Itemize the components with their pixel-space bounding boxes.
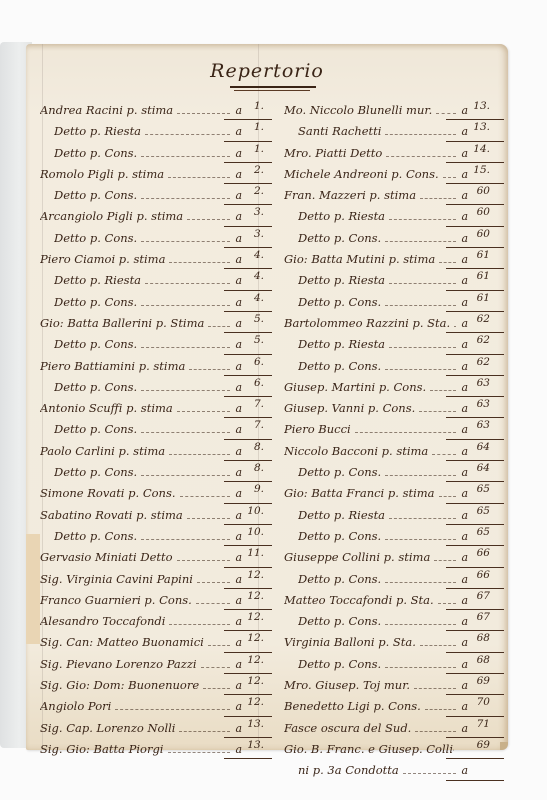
- page-number: 64: [477, 437, 490, 458]
- entry-name: Virginia Balloni p. Sta.: [284, 632, 416, 653]
- leader-dashes: [419, 411, 456, 412]
- page-number: 71: [477, 714, 490, 735]
- entry-underline: [224, 481, 272, 482]
- page-prefix: a: [461, 164, 468, 185]
- page-number: 5.: [254, 330, 264, 351]
- entry-name: Antonio Scuffi p. stima: [40, 398, 173, 419]
- page-number: 12.: [247, 586, 264, 607]
- entry-underline: [224, 375, 272, 376]
- leader-dashes: [403, 773, 456, 774]
- page-prefix: a: [235, 356, 242, 377]
- entry-name: Bartolommeo Razzini p. Sta.: [284, 313, 450, 334]
- leader-dashes: [425, 709, 456, 710]
- index-entry: Giusep. Martini p. Cons.a63: [284, 377, 498, 398]
- page-number: 70: [477, 692, 490, 713]
- page-number: 69: [477, 671, 490, 692]
- page-prefix: a: [461, 611, 468, 632]
- page-prefix: a: [461, 462, 468, 483]
- page-prefix: a: [461, 356, 468, 377]
- leader-dashes: [439, 262, 456, 263]
- leader-dashes: [141, 539, 230, 540]
- page-prefix: a: [235, 100, 242, 121]
- page-number: 63: [477, 394, 490, 415]
- leader-dashes: [141, 156, 230, 157]
- entry-underline: [224, 290, 272, 291]
- entry-underline: [446, 758, 504, 759]
- entry-underline: [446, 567, 504, 568]
- page-number: 12.: [247, 628, 264, 649]
- index-entry: Giusep. Vanni p. Cons.a63: [284, 398, 498, 419]
- index-entry: Mro. Piatti Dettoa14.: [284, 143, 498, 164]
- page-prefix: a: [461, 569, 468, 590]
- page-prefix: a: [461, 270, 468, 291]
- page-number: 60: [477, 202, 490, 223]
- entry-underline: [224, 204, 272, 205]
- leader-dashes: [415, 731, 456, 732]
- page-prefix: a: [235, 228, 242, 249]
- paper-repair-patch: [26, 534, 40, 644]
- leader-dashes: [430, 390, 456, 391]
- entry-underline: [446, 737, 504, 738]
- entry-underline: [446, 311, 504, 312]
- index-entry: Detto p. Cons.a7.: [40, 419, 272, 440]
- index-entry: Detto p. Riestaa4.: [40, 270, 272, 291]
- page-prefix: a: [461, 143, 468, 164]
- entry-underline: [224, 354, 272, 355]
- right-index-column: Mo. Niccolo Blunelli mur.a13.Santi Rache…: [284, 100, 498, 782]
- index-entry: Fran. Mazzeri p. stimaa60: [284, 185, 498, 206]
- entry-underline: [446, 524, 504, 525]
- entry-name: Franco Guarnieri p. Cons.: [40, 590, 192, 611]
- index-entry: Romolo Pigli p. stimaa2.: [40, 164, 272, 185]
- page-number: 1.: [254, 117, 264, 138]
- leader-dashes: [385, 241, 456, 242]
- page-number: 6.: [254, 373, 264, 394]
- title-underline: [230, 86, 316, 88]
- leader-dashes: [385, 134, 456, 135]
- entry-underline: [446, 375, 504, 376]
- index-entry: Detto p. Riestaa62: [284, 334, 498, 355]
- entry-name: Michele Andreoni p. Cons.: [284, 164, 439, 185]
- index-entry: Detto p. Cons.a65: [284, 526, 498, 547]
- page-number: 63: [477, 373, 490, 394]
- entry-underline: [446, 609, 504, 610]
- page-prefix: a: [461, 228, 468, 249]
- leader-dashes: [169, 454, 230, 455]
- page-number: 12.: [247, 607, 264, 628]
- leader-dashes: [141, 305, 230, 306]
- entry-name: Gio: Batta Franci p. stima: [284, 483, 435, 504]
- page-prefix: a: [235, 143, 242, 164]
- page-prefix: a: [461, 675, 468, 696]
- index-entry: Detto p. Cons.a3.: [40, 228, 272, 249]
- page-number: 11.: [247, 543, 264, 564]
- page-number: 6.: [254, 352, 264, 373]
- leader-dashes: [385, 667, 456, 668]
- entry-name: Detto p. Cons.: [298, 292, 381, 313]
- entry-name: Giusep. Martini p. Cons.: [284, 377, 426, 398]
- entry-underline: [446, 247, 504, 248]
- entry-name: Detto p. Cons.: [298, 228, 381, 249]
- leader-dashes: [389, 283, 456, 284]
- page-number: 3.: [254, 202, 264, 223]
- index-entry: Detto p. Cons.a60: [284, 228, 498, 249]
- page-prefix: a: [461, 505, 468, 526]
- entry-name: Mro. Piatti Detto: [284, 143, 382, 164]
- entry-name: Matteo Toccafondi p. Sta.: [284, 590, 434, 611]
- page-prefix: a: [235, 462, 242, 483]
- leader-dashes: [187, 518, 230, 519]
- entry-name: Gio: Batta Mutini p. stima: [284, 249, 435, 270]
- index-entry: Detto p. Cons.a62: [284, 356, 498, 377]
- entry-name: Detto p. Cons.: [54, 419, 137, 440]
- entry-underline: [224, 439, 272, 440]
- entry-underline: [446, 588, 504, 589]
- page-number: 69: [477, 735, 490, 756]
- page-number: 61: [477, 245, 490, 266]
- page-number: 2.: [254, 181, 264, 202]
- entry-underline: [224, 141, 272, 142]
- page-prefix: a: [461, 292, 468, 313]
- index-entry: Sig. Pievano Lorenzo Pazzia12.: [40, 654, 272, 675]
- leader-dashes: [177, 411, 230, 412]
- page-number: 60: [477, 181, 490, 202]
- page-number: 8.: [254, 437, 264, 458]
- leader-dashes: [141, 475, 230, 476]
- index-entry: Gio. B. Franc. e Giusep. Colli-69: [284, 739, 498, 760]
- index-entry: Mo. Niccolo Blunelli mur.a13.: [284, 100, 498, 121]
- entry-underline: [224, 758, 272, 759]
- index-entry: Benedetto Ligi p. Cons.a70: [284, 696, 498, 717]
- entry-name: Detto p. Riesta: [298, 206, 385, 227]
- page-prefix: a: [235, 334, 242, 355]
- page-number: 13.: [473, 96, 490, 117]
- entry-name: Giuseppe Collini p. stima: [284, 547, 430, 568]
- leader-dashes: [355, 432, 456, 433]
- entry-underline: [446, 780, 504, 781]
- page-prefix: a: [235, 249, 242, 270]
- leader-dashes: [208, 645, 230, 646]
- page-number: 12.: [247, 692, 264, 713]
- page-prefix: a: [461, 590, 468, 611]
- entry-name: Detto p. Riesta: [298, 334, 385, 355]
- entry-name: Detto p. Cons.: [298, 611, 381, 632]
- page-prefix: a: [235, 739, 242, 760]
- title-underline-flourish: [234, 90, 310, 91]
- entry-underline: [446, 694, 504, 695]
- leader-dashes: [177, 113, 230, 114]
- leader-dashes: [389, 347, 456, 348]
- page-prefix: a: [461, 718, 468, 739]
- leader-dashes: [385, 369, 456, 370]
- leader-dashes: [197, 582, 230, 583]
- entry-name: Benedetto Ligi p. Cons.: [284, 696, 421, 717]
- page-number: 63: [477, 415, 490, 436]
- entry-underline: [446, 439, 504, 440]
- page-prefix: a: [235, 632, 242, 653]
- index-entry: Mro. Giusep. Toj mur.a69: [284, 675, 498, 696]
- index-entry: Bartolommeo Razzini p. Sta.a62: [284, 313, 498, 334]
- page-prefix: a: [235, 398, 242, 419]
- index-entry: Detto p. Cons.a67: [284, 611, 498, 632]
- leader-dashes: [414, 688, 456, 689]
- page-prefix: a: [461, 249, 468, 270]
- entry-name: Detto p. Cons.: [54, 462, 137, 483]
- entry-name: Detto p. Cons.: [54, 334, 137, 355]
- index-entry: Paolo Carlini p. stimaa8.: [40, 441, 272, 462]
- entry-name: Piero Battiamini p. stima: [40, 356, 185, 377]
- index-entry: Gio: Batta Franci p. stimaa65: [284, 483, 498, 504]
- index-entry: Sig. Virginia Cavini Papinia12.: [40, 569, 272, 590]
- page-title: Repertorio: [26, 60, 508, 82]
- index-entry: Detto p. Cons.a5.: [40, 334, 272, 355]
- index-entry: Detto p. Cons.a8.: [40, 462, 272, 483]
- leader-dashes: [385, 475, 456, 476]
- entry-name: Paolo Carlini p. stima: [40, 441, 165, 462]
- entry-underline: [224, 183, 272, 184]
- index-entry: Simone Rovati p. Cons.a9.: [40, 483, 272, 504]
- entry-underline: [446, 417, 504, 418]
- entry-underline: [446, 332, 504, 333]
- page-prefix: a: [235, 526, 242, 547]
- entry-name: Detto p. Cons.: [298, 569, 381, 590]
- leader-dashes: [203, 688, 230, 689]
- leader-dashes: [389, 518, 456, 519]
- leader-dashes: [436, 113, 456, 114]
- leader-dashes: [177, 560, 230, 561]
- entry-underline: [446, 673, 504, 674]
- leader-dashes: [169, 624, 230, 625]
- entry-name: Detto p. Cons.: [54, 185, 137, 206]
- page-number: 12.: [247, 565, 264, 586]
- index-entry: Detto p. Cons.a2.: [40, 185, 272, 206]
- page-number: 13.: [247, 714, 264, 735]
- entry-name: Piero Bucci: [284, 419, 351, 440]
- page-number: 10.: [247, 522, 264, 543]
- leader-dashes: [208, 326, 230, 327]
- page-prefix: a: [235, 206, 242, 227]
- entry-name: Sig. Virginia Cavini Papini: [40, 569, 193, 590]
- leader-dashes: [141, 432, 230, 433]
- manuscript-page: Repertorio Andrea Racini p. stimaa1.Dett…: [26, 44, 508, 750]
- entry-underline: [224, 332, 272, 333]
- page-number: 13.: [247, 735, 264, 756]
- leader-dashes: [115, 709, 230, 710]
- index-entry: Virginia Balloni p. Sta.a68: [284, 632, 498, 653]
- index-entry: Sabatino Rovati p. stimaa10.: [40, 505, 272, 526]
- page-number: 65: [477, 479, 490, 500]
- index-entry: Sig. Cap. Lorenzo Nollia13.: [40, 718, 272, 739]
- entry-name: Gio. B. Franc. e Giusep. Colli-: [284, 739, 454, 760]
- page-number: 1.: [254, 96, 264, 117]
- entry-name: Sig. Gio: Batta Piorgi: [40, 739, 164, 760]
- index-entry: Sig. Gio: Dom: Buonenuorea12.: [40, 675, 272, 696]
- entry-underline: [224, 162, 272, 163]
- index-entry: Fasce oscura del Sud.a71: [284, 718, 498, 739]
- leader-dashes: [196, 603, 230, 604]
- entry-name: ni p. 3a Condotta: [298, 760, 399, 781]
- index-entry: Andrea Racini p. stimaa1.: [40, 100, 272, 121]
- page-prefix: a: [235, 718, 242, 739]
- page-prefix: a: [461, 398, 468, 419]
- page-number: 2.: [254, 160, 264, 181]
- index-entry: Piero Battiamini p. stimaa6.: [40, 356, 272, 377]
- page-number: 64: [477, 458, 490, 479]
- leader-dashes: [454, 326, 456, 327]
- page-number: 4.: [254, 266, 264, 287]
- entry-name: Detto p. Riesta: [54, 270, 141, 291]
- index-entry: Detto p. Cons.a68: [284, 654, 498, 675]
- index-entry: Detto p. Cons.a61: [284, 292, 498, 313]
- leader-dashes: [385, 539, 456, 540]
- page-prefix: a: [461, 760, 468, 781]
- index-entry: Piero Ciamoi p. stimaa4.: [40, 249, 272, 270]
- page-prefix: a: [461, 121, 468, 142]
- page-number: 62: [477, 352, 490, 373]
- index-entry: Detto p. Riestaa60: [284, 206, 498, 227]
- leader-dashes: [386, 156, 456, 157]
- page-prefix: a: [235, 696, 242, 717]
- entry-name: Romolo Pigli p. stima: [40, 164, 164, 185]
- index-entry: Angiolo Poria12.: [40, 696, 272, 717]
- entry-name: Detto p. Riesta: [54, 121, 141, 142]
- page-number: 67: [477, 586, 490, 607]
- page-number: 65: [477, 501, 490, 522]
- leader-dashes: [385, 624, 456, 625]
- entry-underline: [224, 417, 272, 418]
- index-entry: Antonio Scuffi p. stimaa7.: [40, 398, 272, 419]
- page-number: 7.: [254, 394, 264, 415]
- page-number: 66: [477, 565, 490, 586]
- entry-underline: [224, 247, 272, 248]
- index-entry: Gio: Batta Ballerini p. Stimaa5.: [40, 313, 272, 334]
- leader-dashes: [145, 134, 230, 135]
- page-number: 62: [477, 309, 490, 330]
- index-entry: Niccolo Bacconi p. stimaa64: [284, 441, 498, 462]
- page-prefix: a: [461, 654, 468, 675]
- page-prefix: a: [235, 590, 242, 611]
- page-prefix: a: [461, 377, 468, 398]
- entry-name: Angiolo Pori: [40, 696, 111, 717]
- page-number: 13.: [473, 117, 490, 138]
- page-number: 1.: [254, 139, 264, 160]
- page-number: 68: [477, 628, 490, 649]
- page-number: 3.: [254, 224, 264, 245]
- leader-dashes: [168, 752, 230, 753]
- entry-name: Detto p. Cons.: [54, 377, 137, 398]
- leader-dashes: [179, 731, 230, 732]
- leader-dashes: [141, 241, 230, 242]
- entry-underline: [446, 226, 504, 227]
- page-prefix: a: [235, 377, 242, 398]
- entry-underline: [446, 503, 504, 504]
- entry-underline: [224, 460, 272, 461]
- leader-dashes: [385, 305, 456, 306]
- entry-name: Arcangiolo Pigli p. stima: [40, 206, 183, 227]
- entry-underline: [446, 630, 504, 631]
- index-entry: Sig. Can: Matteo Buonamicia12.: [40, 632, 272, 653]
- leader-dashes: [141, 347, 230, 348]
- page-prefix: a: [235, 547, 242, 568]
- page-number: 4.: [254, 288, 264, 309]
- page-number: 7.: [254, 415, 264, 436]
- entry-underline: [446, 716, 504, 717]
- index-entry: Arcangiolo Pigli p. stimaa3.: [40, 206, 272, 227]
- entry-underline: [446, 545, 504, 546]
- entry-name: Santi Rachetti: [298, 121, 381, 142]
- page-prefix: a: [235, 505, 242, 526]
- entry-name: Andrea Racini p. stima: [40, 100, 173, 121]
- page-number: 8.: [254, 458, 264, 479]
- page-prefix: a: [461, 419, 468, 440]
- entry-name: Gio: Batta Ballerini p. Stima: [40, 313, 204, 334]
- page-number: 65: [477, 522, 490, 543]
- index-entry: Giuseppe Collini p. stimaa66: [284, 547, 498, 568]
- page-prefix: a: [461, 483, 468, 504]
- entry-name: Giusep. Vanni p. Cons.: [284, 398, 415, 419]
- page-number: 4.: [254, 245, 264, 266]
- page-prefix: a: [461, 100, 468, 121]
- index-entry: Piero Buccia63: [284, 419, 498, 440]
- page-prefix: a: [235, 654, 242, 675]
- page-prefix: a: [235, 675, 242, 696]
- entry-underline: [224, 119, 272, 120]
- page-number: 5.: [254, 309, 264, 330]
- leader-dashes: [438, 603, 456, 604]
- entry-underline: [446, 290, 504, 291]
- page-prefix: a: [461, 206, 468, 227]
- entry-underline: [224, 396, 272, 397]
- entry-underline: [446, 354, 504, 355]
- entry-underline: [446, 268, 504, 269]
- entry-name: Detto p. Cons.: [54, 228, 137, 249]
- page-number: 10.: [247, 501, 264, 522]
- entry-name: Gervasio Miniati Detto: [40, 547, 173, 568]
- entry-underline: [446, 460, 504, 461]
- leader-dashes: [168, 177, 230, 178]
- leader-dashes: [141, 390, 230, 391]
- leader-dashes: [432, 454, 456, 455]
- page-prefix: a: [235, 483, 242, 504]
- leader-dashes: [189, 369, 230, 370]
- entry-underline: [224, 268, 272, 269]
- page-number: 12.: [247, 671, 264, 692]
- leader-dashes: [187, 219, 230, 220]
- page-prefix: a: [461, 632, 468, 653]
- leader-dashes: [145, 283, 230, 284]
- index-entry: Matteo Toccafondi p. Sta.a67: [284, 590, 498, 611]
- index-entry: Michele Andreoni p. Cons.a15.: [284, 164, 498, 185]
- entry-underline: [446, 183, 504, 184]
- leader-dashes: [434, 560, 456, 561]
- page-number: 66: [477, 543, 490, 564]
- leader-dashes: [169, 262, 230, 263]
- index-entry: Gervasio Miniati Dettoa11.: [40, 547, 272, 568]
- index-entry: Detto p. Riestaa1.: [40, 121, 272, 142]
- page-number: 15.: [473, 160, 490, 181]
- leader-dashes: [420, 645, 456, 646]
- entry-name: Simone Rovati p. Cons.: [40, 483, 176, 504]
- entry-underline: [224, 311, 272, 312]
- index-entry: Detto p. Cons.a4.: [40, 292, 272, 313]
- leader-dashes: [141, 198, 230, 199]
- page-prefix: a: [461, 185, 468, 206]
- leader-dashes: [201, 667, 230, 668]
- entry-name: Sabatino Rovati p. stima: [40, 505, 183, 526]
- page-prefix: a: [235, 313, 242, 334]
- entry-name: Alesandro Toccafondi: [40, 611, 165, 632]
- page-prefix: a: [461, 313, 468, 334]
